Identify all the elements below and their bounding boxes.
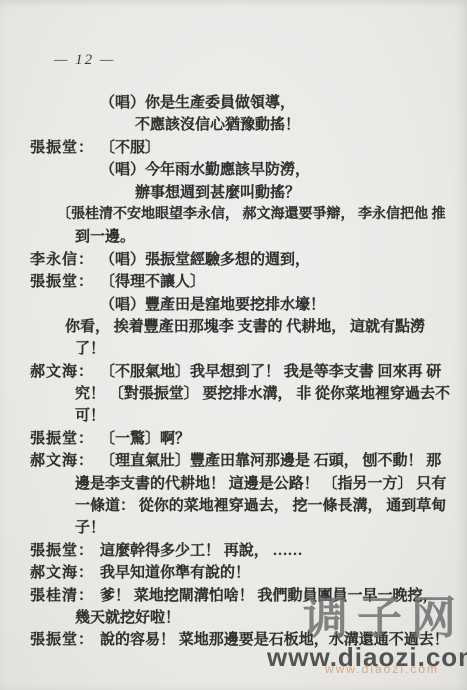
script-line: 你看， 挨着豐產田那塊李 支書的 代耕地， 這就有點澇: [65, 316, 461, 338]
dialogue-text: 究！ 〔對張振堂〕 要挖排水溝， 非 從你菜地裡穿過去不: [75, 386, 450, 402]
script-line: 了！: [75, 338, 461, 360]
dialogue-text: （唱）豐產田是窪地要挖排水壕！: [100, 297, 325, 313]
dialogue-text: 不應該沒信心猶豫動搖！: [135, 117, 300, 133]
dialogue-text: 辦事想週到甚麼叫動搖？: [135, 185, 300, 201]
dialogue-text: 你看， 挨着豐產田那塊李 支書的 代耕地， 這就有點澇: [65, 319, 425, 335]
script-line: 張桂清：爹！ 菜地挖閘溝怕啥！ 我們動員團員一早一晚挖，: [30, 585, 461, 607]
dialogue-text: 〔不服氣地〕我早想到了！ 我是等李支書 回來再 研: [100, 364, 441, 380]
speaker-label: 張桂清：: [30, 585, 100, 607]
script-line: 張振堂：說的容易！ 菜地那邊要是石板地，水溝還通不過去！: [30, 629, 461, 651]
dialogue-text: 這麼幹得多少工！ 再說， ……: [100, 543, 303, 559]
script-line: 郝文海：我早知道你準有說的！: [30, 562, 461, 584]
speaker-label: 張振堂：: [30, 428, 100, 450]
script-body: （唱）你是生產委員做領導， 不應該沒信心猶豫動搖！ 張振堂：〔不服〕 （唱）今年…: [30, 92, 461, 652]
speaker-label: 郝文海：: [30, 361, 100, 383]
dialogue-text: 〔得理不讓人〕: [100, 274, 205, 290]
script-line: 究！ 〔對張振堂〕 要挖排水溝， 非 從你菜地裡穿過去不: [75, 383, 461, 405]
watermark-site-url-faint: www.diaozi.com: [267, 662, 439, 676]
script-line: 郝文海：〔不服氣地〕我早想到了！ 我是等李支書 回來再 研: [30, 361, 461, 383]
script-line: 郝文海：〔理直氣壯〕豐產田靠河那邊是 石頭， 刨不動！ 那: [30, 450, 461, 472]
script-line: 不應該沒信心猶豫動搖！: [135, 114, 461, 136]
stage-direction-text: 〔張桂清不安地眼望李永信， 郝文海還要爭辯， 李永信把他 推: [57, 207, 446, 222]
script-line: 一條道： 從你的菜地裡穿過去， 挖一條長溝， 通到草甸: [75, 495, 461, 517]
script-line: 張振堂：〔一驚〕啊？: [30, 428, 461, 450]
dialogue-text: 〔理直氣壯〕豐產田靠河那邊是 石頭， 刨不動！ 那: [100, 453, 441, 469]
speaker-label: 郝文海：: [30, 562, 100, 584]
dialogue-text: 我早知道你準有說的！: [100, 565, 250, 581]
stage-direction: 〔張桂清不安地眼望李永信， 郝文海還要爭辯， 李永信把他 推: [57, 204, 461, 226]
speaker-label: 張振堂：: [30, 540, 100, 562]
script-line: 辦事想週到甚麼叫動搖？: [135, 182, 461, 204]
script-line: 可！: [75, 405, 461, 427]
script-line: 幾天就挖好啦！: [75, 607, 461, 629]
script-line: （唱）豐產田是窪地要挖排水壕！: [100, 294, 461, 316]
dialogue-text: 子！: [75, 520, 105, 536]
script-line: 子！: [75, 517, 461, 539]
speaker-label: 李永信：: [30, 249, 100, 271]
dialogue-text: （唱）今年雨水勤應該早防澇，: [100, 162, 310, 178]
dialogue-text: （唱）張振堂經驗多想的週到，: [100, 252, 310, 268]
stage-direction-text: 到一邊。: [75, 229, 135, 245]
script-line: 李永信：（唱）張振堂經驗多想的週到，: [30, 249, 461, 271]
scanned-script-page: — 12 — （唱）你是生產委員做領導， 不應該沒信心猶豫動搖！ 張振堂：〔不服…: [0, 0, 467, 690]
dialogue-text: 了！: [75, 341, 105, 357]
dialogue-text: 邊是李支書的代耕地！ 這邊是公路！ 〔指另一方〕 只有: [75, 476, 446, 492]
script-line: 張振堂：〔不服〕: [30, 137, 461, 159]
dialogue-text: 一條道： 從你的菜地裡穿過去， 挖一條長溝， 通到草甸: [75, 498, 446, 514]
script-line: （唱）你是生產委員做領導，: [100, 92, 461, 114]
script-line: 邊是李支書的代耕地！ 這邊是公路！ 〔指另一方〕 只有: [75, 473, 461, 495]
dialogue-text: 可！: [75, 408, 105, 424]
dialogue-text: （唱）你是生產委員做領導，: [100, 95, 295, 111]
speaker-label: 張振堂：: [30, 137, 100, 159]
script-line: 張振堂：這麼幹得多少工！ 再說， ……: [30, 540, 461, 562]
speaker-label: 郝文海：: [30, 450, 100, 472]
dialogue-text: 幾天就挖好啦！: [75, 610, 180, 626]
speaker-label: 張振堂：: [30, 271, 100, 293]
dialogue-text: 〔一驚〕啊？: [100, 431, 190, 447]
script-line: （唱）今年雨水勤應該早防澇，: [100, 159, 461, 181]
dialogue-text: 說的容易！ 菜地那邊要是石板地，水溝還通不過去！: [100, 632, 449, 648]
dialogue-text: 爹！ 菜地挖閘溝怕啥！ 我們動員團員一早一晚挖，: [100, 588, 438, 604]
speaker-label: 張振堂：: [30, 629, 100, 651]
stage-direction: 到一邊。: [75, 226, 461, 248]
script-line: 張振堂：〔得理不讓人〕: [30, 271, 461, 293]
dialogue-text: 〔不服〕: [100, 140, 160, 156]
page-number: — 12 —: [54, 52, 115, 69]
